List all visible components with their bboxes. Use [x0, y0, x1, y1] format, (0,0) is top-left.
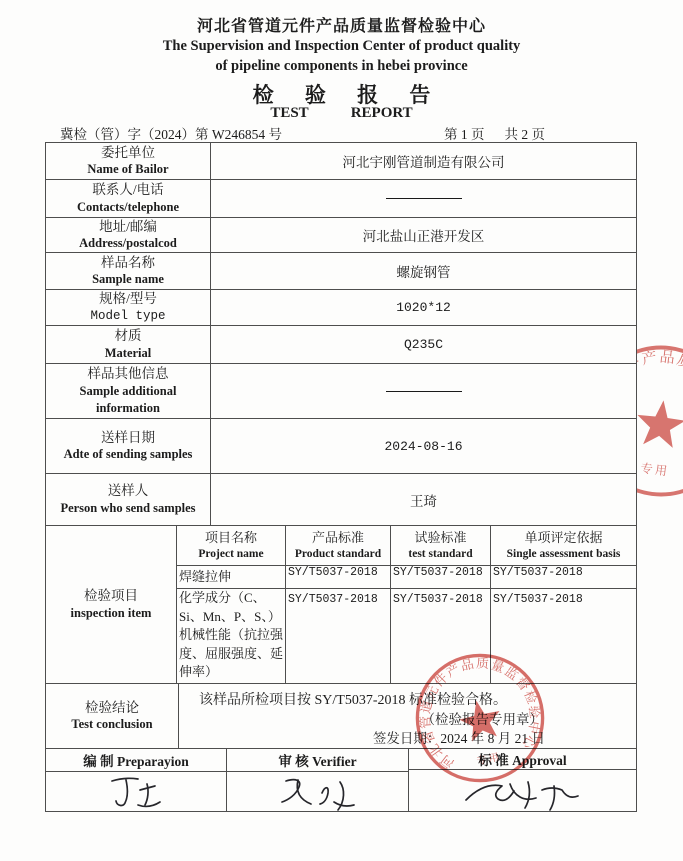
info-row-value-cell: [211, 364, 636, 418]
info-label-en: Material: [101, 345, 156, 362]
info-label-cn: 联系人/电话: [92, 181, 163, 199]
inspection-grid: 项目名称 Project name 产品标准 Product standard …: [177, 526, 636, 683]
info-value-text: 河北盐山正港开发区: [363, 225, 485, 245]
inspection-label-cn: 检验项目: [84, 587, 138, 605]
col-header-assessment-basis: 单项评定依据 Single assessment basis: [491, 526, 636, 566]
item-row-chem-mech-name: 化学成分（C、Si、Mn、P、S、） 机械性能（抗拉强度、屈服强度、延伸率）: [177, 589, 286, 683]
info-label-en: Name of Bailor: [83, 161, 172, 178]
conclusion-label-cell: 检验结论 Test conclusion: [46, 684, 179, 748]
info-row-value-cell: 螺旋钢管: [211, 253, 636, 289]
report-title-en: TESTREPORT: [0, 105, 683, 122]
inspection-label-cell: 检验项目 inspection item: [46, 526, 177, 683]
info-value-text: 螺旋钢管: [397, 261, 451, 281]
blank-dash-placeholder: [386, 391, 462, 392]
org-name-en-line1: The Supervision and Inspection Center of…: [0, 38, 683, 55]
info-label-en: Person who send samples: [56, 500, 199, 517]
item-row-weld-test-standard: SY/T5037-2018: [391, 566, 491, 589]
info-row-value-cell: [211, 180, 636, 217]
info-label-en: Contacts/telephone: [73, 199, 183, 216]
blank-dash-placeholder: [386, 198, 462, 199]
round-stamp-graphic: 河北省管道元件产品质量监督检验中心 专用: [398, 636, 562, 800]
info-row-value-cell: 河北宇刚管道制造有限公司: [211, 143, 636, 179]
org-name-cn: 河北省管道元件产品质量监督检验中心: [0, 13, 683, 36]
info-row-label-cell: 样品名称Sample name: [46, 253, 211, 289]
info-row: 委托单位Name of Bailor河北宇刚管道制造有限公司: [46, 143, 636, 180]
page-info: 第 1 页共 2 页: [444, 123, 545, 143]
info-row-label-cell: 送样日期Adte of sending samples: [46, 419, 211, 473]
handwritten-signature-preparation: [96, 772, 176, 812]
item-row-weld-product-standard: SY/T5037-2018: [286, 566, 391, 589]
official-round-stamp: 河北省管道元件产品质量监督检验中心 专用: [398, 636, 562, 800]
info-row: 送样日期Adte of sending samples2024-08-16: [46, 419, 636, 474]
test-report-page: 河北省管道元件产品质量监督检验中心 The Supervision and In…: [0, 0, 683, 861]
info-row: 送样人Person who send samples王琦: [46, 474, 636, 526]
info-row-label-cell: 材质Material: [46, 326, 211, 363]
edge-stamp-graphic: 河北省管道元件产品质量监督检验中心 专用: [637, 340, 683, 510]
info-row-value-cell: 河北盐山正港开发区: [211, 218, 636, 252]
org-name-en-line2: of pipeline components in hebei province: [0, 58, 683, 75]
info-row-value-cell: 2024-08-16: [211, 419, 636, 473]
handwritten-signature-verifier: [272, 772, 364, 812]
stamp-star-icon: [637, 397, 683, 449]
info-label-cn: 规格/型号: [99, 290, 157, 308]
page-total: 共 2 页: [505, 127, 546, 142]
info-row-label-cell: 委托单位Name of Bailor: [46, 143, 211, 179]
preparation-label: 编 制 Preparayion: [46, 749, 226, 772]
item-mechanical-properties: 机械性能（抗拉强度、屈服强度、延伸率）: [179, 626, 283, 682]
info-label-en: Sample additional information: [46, 383, 210, 417]
edge-round-stamp: 河北省管道元件产品质量监督检验中心 专用: [637, 340, 683, 510]
info-row-value-cell: 王琦: [211, 474, 636, 525]
verifier-signature: [227, 772, 408, 812]
info-row-label-cell: 联系人/电话Contacts/telephone: [46, 180, 211, 217]
info-row-label-cell: 地址/邮编Address/postalcod: [46, 218, 211, 252]
info-row: 规格/型号Model type1020*12: [46, 290, 636, 326]
info-label-cn: 委托单位: [101, 144, 155, 162]
info-label-cn: 样品其他信息: [88, 365, 169, 383]
signature-col-preparation: 编 制 Preparayion: [46, 749, 227, 812]
info-row: 样品名称Sample name螺旋钢管: [46, 253, 636, 290]
title-word-test: TEST: [270, 105, 308, 121]
info-row: 地址/邮编Address/postalcod河北盐山正港开发区: [46, 218, 636, 253]
info-label-cn: 送样日期: [101, 429, 155, 447]
info-value-text: 2024-08-16: [384, 439, 462, 454]
report-number: 冀检（管）字（2024）第 W246854 号: [60, 123, 282, 143]
info-label-en: Sample name: [88, 271, 168, 288]
info-label-cn: 样品名称: [101, 254, 155, 272]
info-row-label-cell: 样品其他信息Sample additional information: [46, 364, 211, 418]
info-label-en: Adte of sending samples: [60, 446, 197, 463]
info-value-text: 王琦: [410, 490, 437, 510]
preparation-signature: [46, 772, 226, 812]
info-label-cn: 材质: [115, 327, 142, 345]
verifier-label: 审 核 Verifier: [227, 749, 408, 772]
edge-stamp-clip: 河北省管道元件产品质量监督检验中心 专用: [637, 340, 683, 510]
info-value-text: 1020*12: [396, 300, 451, 315]
item-row-weld-name: 焊缝拉伸: [177, 566, 286, 589]
item-row-chem-product-standard: SY/T5037-2018: [286, 589, 391, 683]
info-label-en: Model type: [86, 308, 169, 325]
info-value-text: Q235C: [404, 337, 443, 352]
info-row-value-cell: Q235C: [211, 326, 636, 363]
info-label-en: Address/postalcod: [75, 235, 181, 252]
col-header-test-standard: 试验标准 test standard: [391, 526, 491, 566]
col-header-project-name: 项目名称 Project name: [177, 526, 286, 566]
info-row-label-cell: 规格/型号Model type: [46, 290, 211, 325]
info-row: 联系人/电话Contacts/telephone: [46, 180, 636, 218]
col-header-product-standard: 产品标准 Product standard: [286, 526, 391, 566]
info-row-label-cell: 送样人Person who send samples: [46, 474, 211, 525]
info-label-cn: 送样人: [108, 482, 149, 500]
signature-col-verifier: 审 核 Verifier: [227, 749, 409, 812]
page-current: 第 1 页: [444, 127, 485, 142]
stamp-star-icon: [456, 696, 504, 743]
item-chemical-composition: 化学成分（C、Si、Mn、P、S、）: [179, 589, 283, 626]
conclusion-label-cn: 检验结论: [85, 699, 139, 717]
title-word-report: REPORT: [351, 105, 413, 121]
stamp-inner-bottom-text: 专用: [475, 750, 502, 768]
item-row-weld-basis: SY/T5037-2018: [491, 566, 636, 589]
info-rows: 委托单位Name of Bailor河北宇刚管道制造有限公司联系人/电话Cont…: [46, 143, 636, 526]
info-row: 样品其他信息Sample additional information: [46, 364, 636, 419]
info-label-cn: 地址/邮编: [99, 218, 157, 236]
conclusion-label-en: Test conclusion: [67, 716, 156, 733]
report-meta-line: 冀检（管）字（2024）第 W246854 号 第 1 页共 2 页: [0, 123, 683, 141]
inspection-section: 检验项目 inspection item 项目名称 Project name 产…: [46, 526, 636, 684]
stamp-inner-bottom-text: 专用: [640, 460, 671, 478]
inspection-label-en: inspection item: [67, 605, 156, 622]
info-row: 材质MaterialQ235C: [46, 326, 636, 364]
info-value-text: 河北宇刚管道制造有限公司: [343, 151, 505, 171]
info-row-value-cell: 1020*12: [211, 290, 636, 325]
